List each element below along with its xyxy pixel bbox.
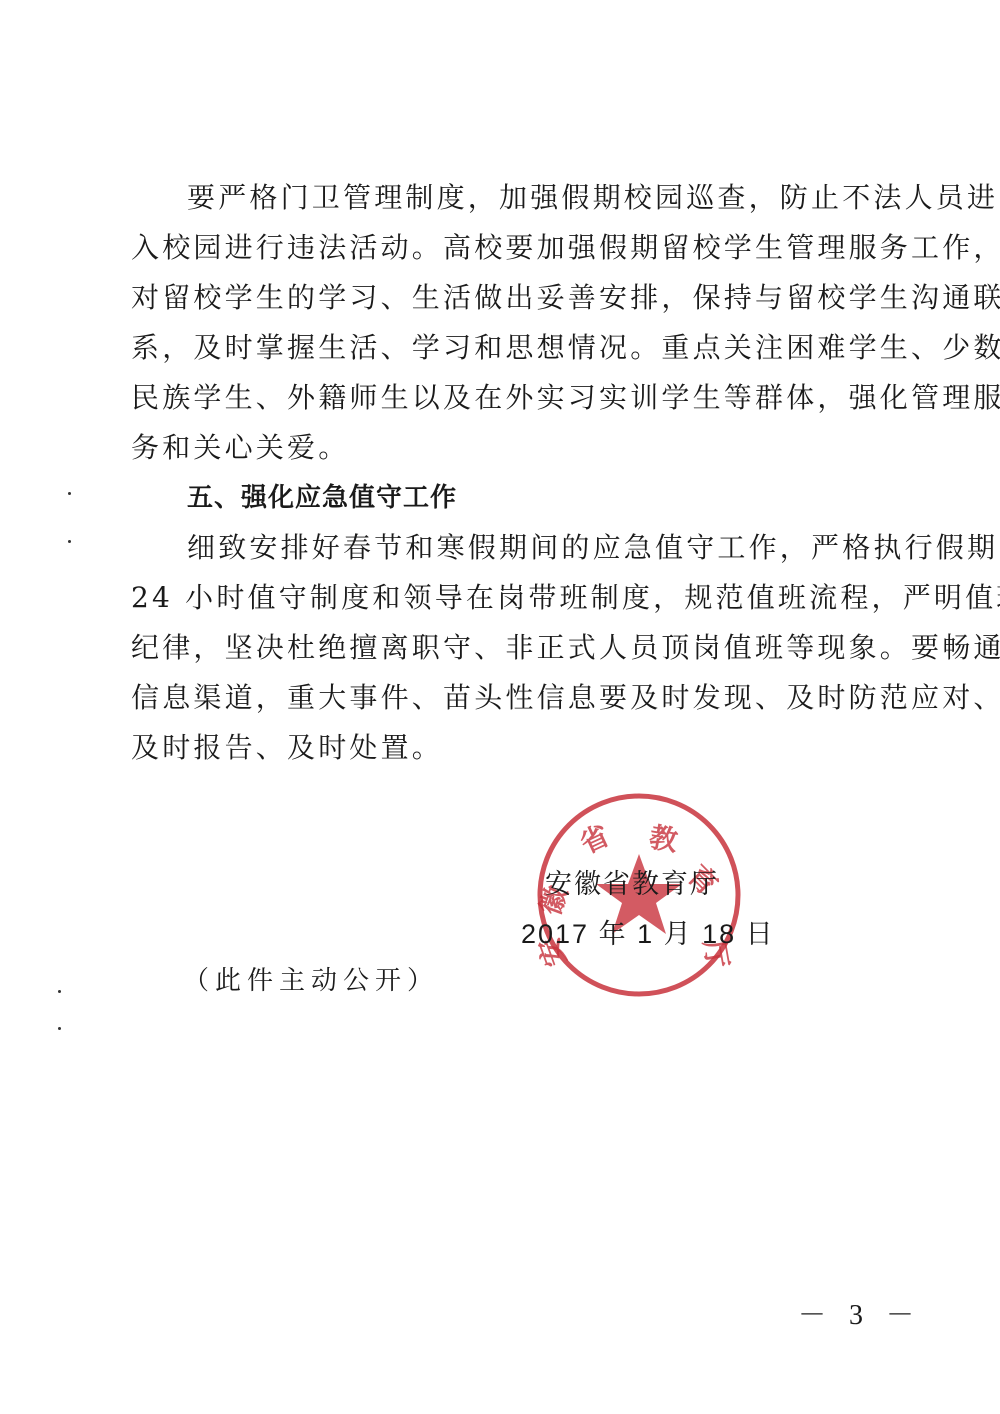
paragraph-line: 系，及时掌握生活、学习和思想情况。重点关注困难学生、少数 <box>131 328 871 368</box>
paragraph-line: 务和关心关爱。 <box>131 428 871 468</box>
paragraph-line: 24 小时值守制度和领导在岗带班制度，规范值班流程，严明值班 <box>131 578 871 618</box>
paragraph-line: 要严格门卫管理制度，加强假期校园巡查，防止不法人员进 <box>187 178 871 218</box>
paragraph-line: 对留校学生的学习、生活做出妥善安排，保持与留校学生沟通联 <box>131 278 871 318</box>
paragraph-line: 及时报告、及时处置。 <box>131 728 871 768</box>
scan-speck <box>68 540 71 543</box>
signature-date: 2017 年 1 月 18 日 <box>521 912 775 951</box>
paragraph-line: 细致安排好春节和寒假期间的应急值守工作，严格执行假期 <box>187 528 871 568</box>
scan-speck <box>68 492 71 495</box>
document-page: 要严格门卫管理制度，加强假期校园巡查，防止不法人员进 入校园进行违法活动。高校要… <box>0 0 1000 1414</box>
scan-speck <box>58 1027 61 1030</box>
paragraph-line: 信息渠道，重大事件、苗头性信息要及时发现、及时防范应对、 <box>131 678 871 718</box>
svg-text:教: 教 <box>647 820 681 858</box>
section-heading: 五、强化应急值守工作 <box>187 478 871 518</box>
signature-organization: 安徽省教育厅 <box>545 862 719 901</box>
page-number: － 3 － <box>798 1293 922 1333</box>
paragraph-line: 入校园进行违法活动。高校要加强假期留校学生管理服务工作， <box>131 228 871 268</box>
svg-text:省: 省 <box>575 819 614 861</box>
paragraph-line: 纪律，坚决杜绝擅离职守、非正式人员顶岗值班等现象。要畅通 <box>131 628 871 668</box>
scan-speck <box>58 990 61 993</box>
paragraph-line: 民族学生、外籍师生以及在外实习实训学生等群体，强化管理服 <box>131 378 871 418</box>
disclosure-note: （此件主动公开） <box>183 960 439 997</box>
